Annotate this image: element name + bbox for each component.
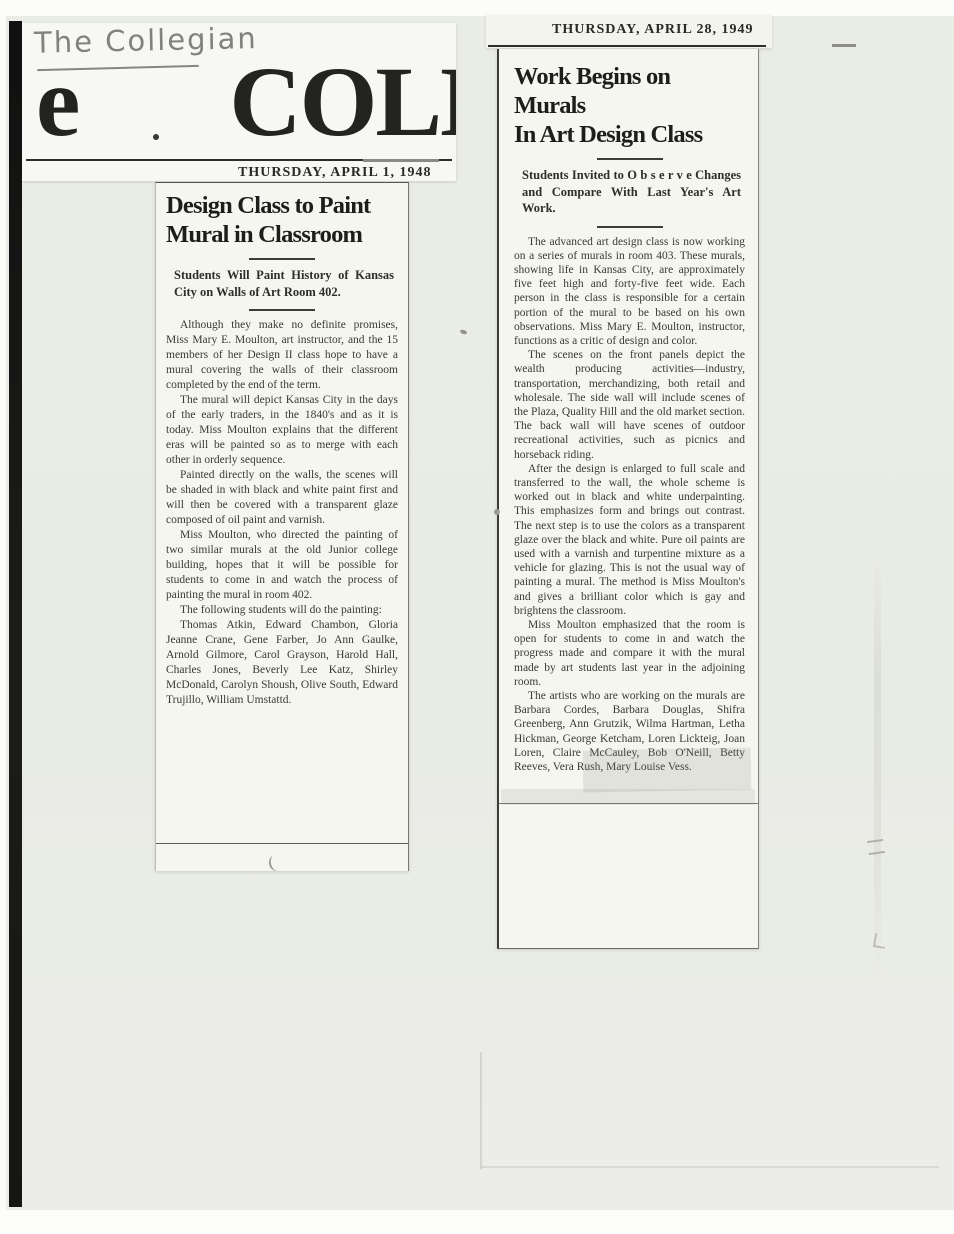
left-article-body: Although they make no definite promises,… xyxy=(166,318,398,708)
right-clipping-date: THURSDAY, APRIL 28, 1949 xyxy=(552,22,754,38)
pencil-mark xyxy=(267,854,284,873)
headline-line: Mural in Classroom xyxy=(166,220,398,249)
headline-divider xyxy=(597,158,663,160)
paragraph: Miss Moulton, who directed the painting … xyxy=(166,528,398,603)
scan-speck xyxy=(494,509,500,515)
masthead-clipping: The Collegian eCOLLI THURSDAY, APRIL 1, … xyxy=(22,23,456,181)
masthead-letter-e: e xyxy=(36,46,77,157)
print-dot-artifact xyxy=(153,134,159,140)
scan-shading xyxy=(583,748,752,793)
paragraph: After the design is enlarged to full sca… xyxy=(514,462,745,618)
date-rule xyxy=(488,45,766,47)
left-article-subhead: Students Will Paint History of Kansas Ci… xyxy=(166,267,398,300)
subhead-divider xyxy=(597,226,663,228)
right-article-headline: Work Begins on Murals In Art Design Clas… xyxy=(514,62,745,149)
page-impression-line xyxy=(481,1166,939,1168)
scan-smudge xyxy=(874,545,881,985)
page-edge-bar xyxy=(9,21,22,1207)
paragraph: Miss Moulton emphasized that the room is… xyxy=(514,618,745,689)
paragraph: The following students will do the paint… xyxy=(166,603,398,618)
right-date-clipping: THURSDAY, APRIL 28, 1949 xyxy=(486,15,772,48)
pencil-scribble xyxy=(873,933,887,949)
clipping-overlap-line xyxy=(499,803,758,804)
masthead-letters-colli: COLLI xyxy=(229,46,456,157)
left-article-headline: Design Class to Paint Mural in Classroom xyxy=(166,191,398,249)
headline-line: Work Begins on Murals xyxy=(514,62,745,120)
scan-margin-bottom xyxy=(0,1210,954,1234)
paragraph: The mural will depict Kansas City in the… xyxy=(166,393,398,468)
clipping-cut-mark xyxy=(363,159,439,162)
names-paragraph: Thomas Atkin, Edward Chambon, Gloria Jea… xyxy=(166,618,398,708)
headline-divider xyxy=(249,258,315,260)
headline-line: Design Class to Paint xyxy=(166,191,398,220)
left-article-clipping: Design Class to Paint Mural in Classroom… xyxy=(155,182,409,871)
headline-line: In Art Design Class xyxy=(514,120,745,149)
right-article-clipping: Work Begins on Murals In Art Design Clas… xyxy=(497,49,759,949)
clipping-cut-mark xyxy=(832,44,856,47)
page-impression-line xyxy=(480,1052,482,1170)
paragraph: The advanced art design class is now wor… xyxy=(514,235,745,349)
right-article-body: The advanced art design class is now wor… xyxy=(514,235,745,775)
subhead-divider xyxy=(249,309,315,311)
scrapbook-page xyxy=(6,16,954,1210)
paragraph: The scenes on the front panels depict th… xyxy=(514,348,745,462)
right-article-subhead: Students Invited to O b s e r v e Change… xyxy=(514,167,745,217)
masthead-date: THURSDAY, APRIL 1, 1948 xyxy=(238,165,432,181)
clipping-bottom-rule xyxy=(156,843,408,844)
scan-margin-top xyxy=(0,0,954,16)
paragraph: Although they make no definite promises,… xyxy=(166,318,398,393)
paragraph: Painted directly on the walls, the scene… xyxy=(166,468,398,528)
masthead-title: eCOLLI xyxy=(36,43,456,163)
pencil-scribble xyxy=(867,839,885,855)
